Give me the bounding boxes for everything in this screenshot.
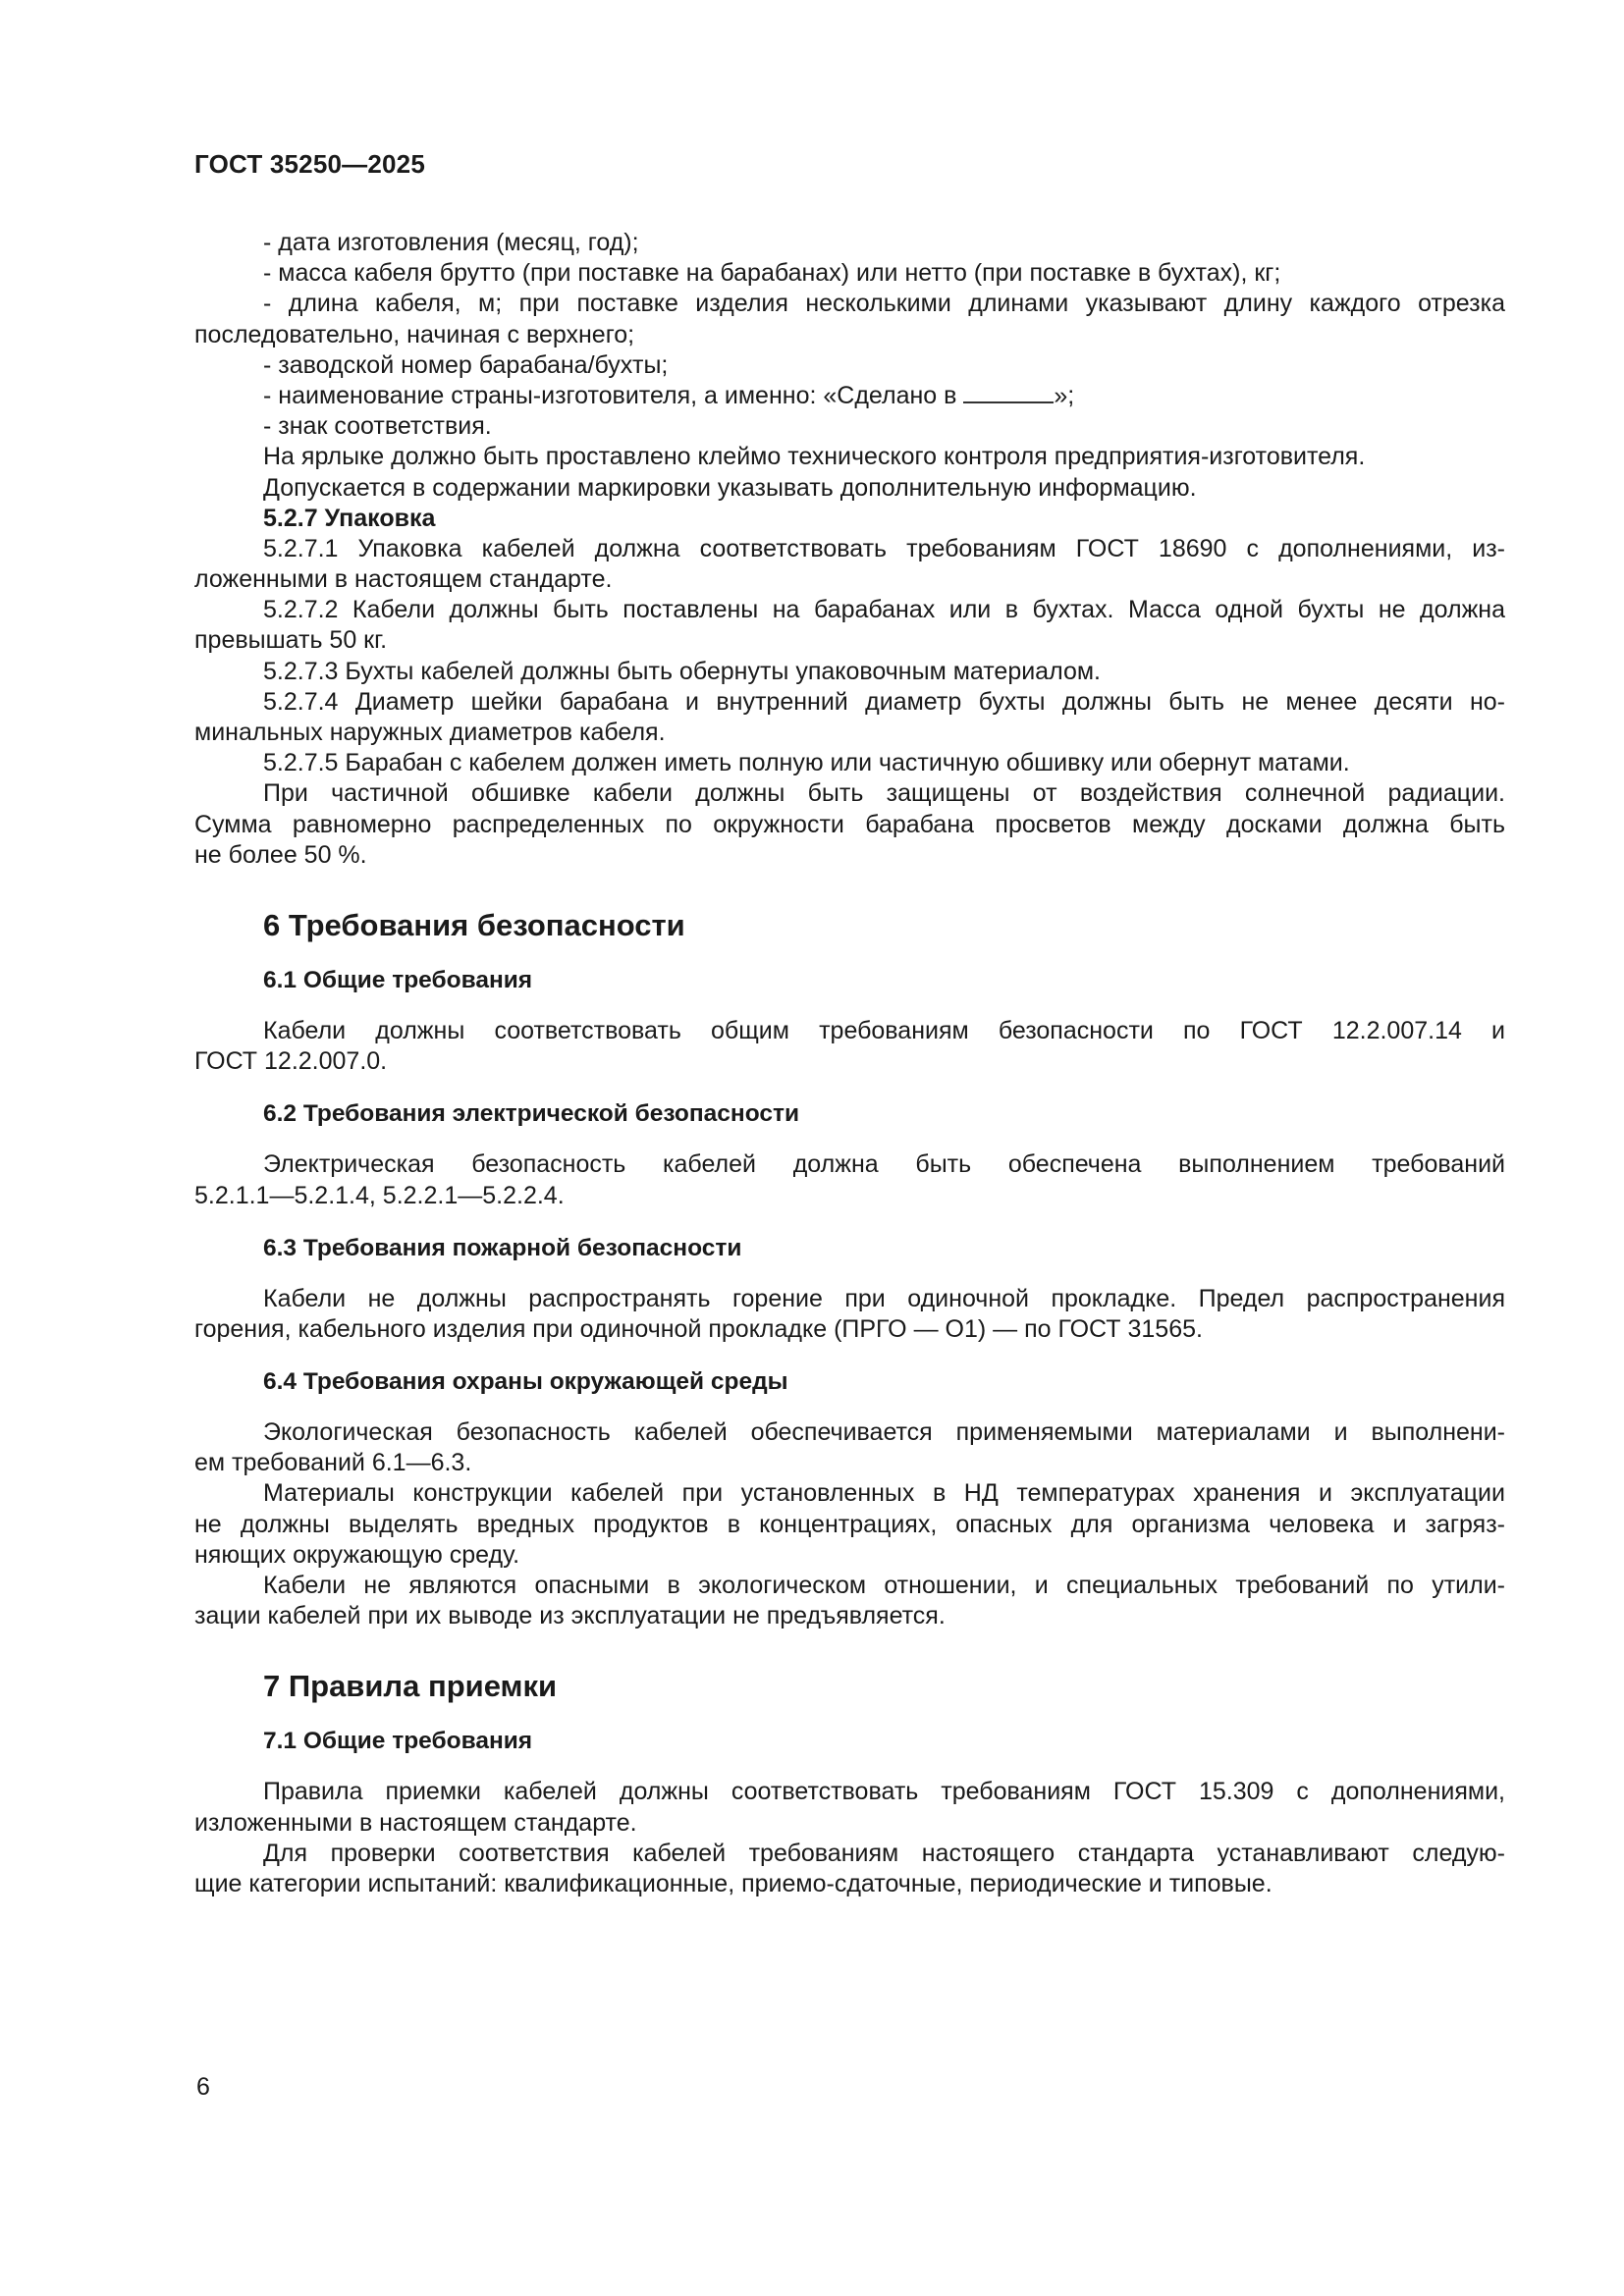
text-line: изложенными в настоящем стандарте. xyxy=(194,1808,1505,1839)
text-line: При частичной обшивке кабели должны быть… xyxy=(194,778,1505,809)
paragraph: Правила приемки кабелей должны соответст… xyxy=(194,1777,1505,1838)
spacer xyxy=(194,1130,1505,1149)
text-line: - заводской номер барабана/бухты; xyxy=(194,350,1505,381)
paragraph: 5.2.7.5 Барабан с кабелем должен иметь п… xyxy=(194,748,1505,778)
text-line: Электрическая безопасность кабелей должн… xyxy=(194,1149,1505,1180)
subsection-heading: 6.1 Общие требования xyxy=(194,965,1505,996)
paragraph: 5.2.7.1 Упаковка кабелей должна соответс… xyxy=(194,534,1505,595)
text-line: - наименование страны-изготовителя, а им… xyxy=(194,381,1505,411)
text-line: Материалы конструкции кабелей при устано… xyxy=(194,1478,1505,1509)
text-line: Правила приемки кабелей должны соответст… xyxy=(194,1777,1505,1807)
spacer xyxy=(194,996,1505,1016)
paragraph: 5.2.7.3 Бухты кабелей должны быть оберну… xyxy=(194,657,1505,687)
paragraph: Кабели должны соответствовать общим треб… xyxy=(194,1016,1505,1077)
spacer xyxy=(194,1077,1505,1098)
text-line: - масса кабеля брутто (при поставке на б… xyxy=(194,258,1505,289)
paragraph: 5.2.7 Упаковка xyxy=(194,504,1505,534)
paragraph: - наименование страны-изготовителя, а им… xyxy=(194,381,1505,411)
paragraph: 5.2.7.2 Кабели должны быть поставлены на… xyxy=(194,595,1505,656)
document-body: - дата изготовления (месяц, год);- масса… xyxy=(194,228,1505,1899)
text-line: 5.2.7.2 Кабели должны быть поставлены на… xyxy=(194,595,1505,625)
paragraph: Электрическая безопасность кабелей должн… xyxy=(194,1149,1505,1210)
running-head: ГОСТ 35250—2025 xyxy=(194,149,425,180)
text-line: - знак соответствия. xyxy=(194,411,1505,442)
spacer xyxy=(194,1706,1505,1726)
section-heading: 6 Требования безопасности xyxy=(194,906,1505,945)
text-line: 5.2.7.5 Барабан с кабелем должен иметь п… xyxy=(194,748,1505,778)
paragraph: Материалы конструкции кабелей при устано… xyxy=(194,1478,1505,1571)
text-line: ложенными в настоящем стандарте. xyxy=(194,564,1505,595)
paragraph: - заводской номер барабана/бухты; xyxy=(194,350,1505,381)
paragraph: - длина кабеля, м; при поставке изделия … xyxy=(194,289,1505,349)
spacer xyxy=(194,1211,1505,1233)
paragraph: - дата изготовления (месяц, год); xyxy=(194,228,1505,258)
text-line: не должны выделять вредных продуктов в к… xyxy=(194,1510,1505,1540)
spacer xyxy=(194,871,1505,906)
document-page: ГОСТ 35250—2025 - дата изготовления (мес… xyxy=(0,0,1624,2296)
text-line: - длина кабеля, м; при поставке изделия … xyxy=(194,289,1505,319)
subsection-heading: 6.3 Требования пожарной безопасности xyxy=(194,1233,1505,1264)
clause-label: 5.2.7 Упаковка xyxy=(194,504,1505,534)
text-line: Кабели не являются опасными в экологичес… xyxy=(194,1571,1505,1601)
text-line: 5.2.7.3 Бухты кабелей должны быть оберну… xyxy=(194,657,1505,687)
text-line: Сумма равномерно распределенных по окруж… xyxy=(194,810,1505,840)
paragraph: Кабели не являются опасными в экологичес… xyxy=(194,1571,1505,1631)
text-line: не более 50 %. xyxy=(194,840,1505,871)
spacer xyxy=(194,1398,1505,1417)
text-line: превышать 50 кг. xyxy=(194,625,1505,656)
text-line: зации кабелей при их выводе из эксплуата… xyxy=(194,1601,1505,1631)
paragraph: Для проверки соответствия кабелей требов… xyxy=(194,1839,1505,1899)
paragraph: Допускается в содержании маркировки указ… xyxy=(194,473,1505,504)
text-line: - дата изготовления (месяц, год); xyxy=(194,228,1505,258)
text-line: ем требований 6.1—6.3. xyxy=(194,1448,1505,1478)
subsection-heading: 6.2 Требования электрической безопасност… xyxy=(194,1098,1505,1130)
text-line: ГОСТ 12.2.007.0. xyxy=(194,1046,1505,1077)
text-line: Кабели не должны распространять горение … xyxy=(194,1284,1505,1314)
text-line: Допускается в содержании маркировки указ… xyxy=(194,473,1505,504)
spacer xyxy=(194,945,1505,965)
text-line: 5.2.7.4 Диаметр шейки барабана и внутрен… xyxy=(194,687,1505,718)
text-line: няющих окружающую среду. xyxy=(194,1540,1505,1571)
paragraph: 5.2.7.4 Диаметр шейки барабана и внутрен… xyxy=(194,687,1505,748)
subsection-heading: 7.1 Общие требования xyxy=(194,1726,1505,1757)
paragraph: При частичной обшивке кабели должны быть… xyxy=(194,778,1505,871)
paragraph: Экологическая безопасность кабелей обесп… xyxy=(194,1417,1505,1478)
spacer xyxy=(194,1757,1505,1777)
text-line: щие категории испытаний: квалификационны… xyxy=(194,1869,1505,1899)
text-line: минальных наружных диаметров кабеля. xyxy=(194,718,1505,748)
paragraph: Кабели не должны распространять горение … xyxy=(194,1284,1505,1345)
text-line: Кабели должны соответствовать общим треб… xyxy=(194,1016,1505,1046)
text-line: Экологическая безопасность кабелей обесп… xyxy=(194,1417,1505,1448)
section-heading: 7 Правила приемки xyxy=(194,1667,1505,1706)
text-line: Для проверки соответствия кабелей требов… xyxy=(194,1839,1505,1869)
subsection-heading: 6.4 Требования охраны окружающей среды xyxy=(194,1366,1505,1398)
text-line: На ярлыке должно быть проставлено клеймо… xyxy=(194,442,1505,472)
text-line: 5.2.7.1 Упаковка кабелей должна соответс… xyxy=(194,534,1505,564)
spacer xyxy=(194,1264,1505,1284)
paragraph: - масса кабеля брутто (при поставке на б… xyxy=(194,258,1505,289)
text-line: последовательно, начиная с верхнего; xyxy=(194,320,1505,350)
spacer xyxy=(194,1631,1505,1667)
text-line: 5.2.1.1—5.2.1.4, 5.2.2.1—5.2.2.4. xyxy=(194,1181,1505,1211)
spacer xyxy=(194,1345,1505,1366)
paragraph: На ярлыке должно быть проставлено клеймо… xyxy=(194,442,1505,472)
page-number: 6 xyxy=(196,2073,210,2102)
paragraph: - знак соответствия. xyxy=(194,411,1505,442)
fill-in-blank xyxy=(963,382,1054,403)
text-line: горения, кабельного изделия при одиночно… xyxy=(194,1314,1505,1345)
